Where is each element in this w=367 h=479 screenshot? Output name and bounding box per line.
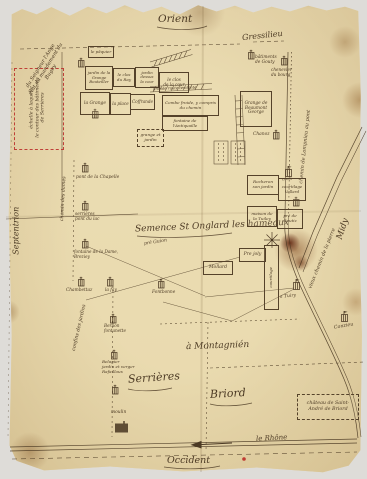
landmark-chambettaz: Chambettaz bbox=[66, 288, 92, 293]
parcel-clos-ray: le clos du Ray bbox=[113, 68, 135, 87]
landmark-moulin: moulin bbox=[111, 410, 126, 415]
parcel-combe-froide: Combe froide, y compris du chemin bbox=[162, 95, 219, 116]
map-scan: Orient Occident Septentrion Midy Gressil… bbox=[0, 0, 367, 479]
landmark-gouty: bâtiments de Gouty bbox=[255, 55, 287, 65]
place-briord: Briord bbox=[210, 387, 246, 402]
parcel-la-grange: la Grange bbox=[80, 92, 110, 115]
landmark-fontbonne: Fontbonne bbox=[152, 290, 175, 295]
landmark-serrieres-pont: serrières pont du lac bbox=[75, 212, 111, 222]
landmark-pont-chapelle: pont de la Chapelle bbox=[76, 175, 124, 180]
parcel-courtilage-strip-label: courtilage bbox=[269, 267, 274, 288]
parcel-courtilage-strip: courtilage bbox=[264, 245, 279, 310]
landmark-berlion: Berlion fontanette bbox=[104, 324, 134, 334]
landmark-la-fay: la fay bbox=[105, 288, 117, 293]
landmark-belagier: Belagier jardin et verger Rafailloux bbox=[102, 360, 144, 374]
parcel-grange-jardin: grange et jardin bbox=[137, 129, 164, 147]
parcel-coffrande: Coffrande bbox=[130, 94, 155, 110]
place-montagnieu: à Montagnién bbox=[186, 340, 250, 353]
place-rhone: le Rhône bbox=[256, 433, 288, 443]
cardinal-north: Septentrion bbox=[11, 189, 20, 273]
parcel-grange-george: Grange de Beaumont George bbox=[240, 91, 272, 127]
landmark-croix: croix bbox=[282, 177, 292, 183]
parcel-mollard: Mollard bbox=[203, 261, 233, 275]
parcel-fontaine-antiquaille: fontaine de l'Antiquaille bbox=[162, 116, 208, 131]
parcel-maison-tuiley: maison de la Tuiley bbox=[247, 206, 277, 227]
parcel-jardin-dessus: jardin dessus la cour bbox=[135, 67, 159, 88]
parcel-pre-joly: Pre joly bbox=[239, 248, 266, 262]
scale-note: échelle à laquelle le contour des bâtime… bbox=[30, 68, 47, 146]
cardinal-east: Orient bbox=[158, 13, 192, 25]
landmark-chanoz: Chanoz bbox=[253, 132, 270, 137]
parcel-paquier: le pâquier bbox=[88, 46, 114, 58]
landmark-fontaine-dame: fontaine de la Dame, Breziey bbox=[74, 250, 128, 260]
parcel-rocheron: Rocheron son jardin bbox=[247, 175, 279, 195]
chateau-cartouche: château de Saint- André de Briord bbox=[297, 394, 359, 420]
parcel-jardin-bouteiller: jardin de la Grange Bouteiller bbox=[85, 66, 113, 90]
parcel-la-place: la place bbox=[110, 93, 131, 115]
cardinal-west: Occident bbox=[167, 455, 210, 466]
landmark-chenevier: chenevier du bourg bbox=[271, 68, 297, 78]
parcel-pre-goutiz: pré de Goutiz bbox=[277, 209, 303, 229]
